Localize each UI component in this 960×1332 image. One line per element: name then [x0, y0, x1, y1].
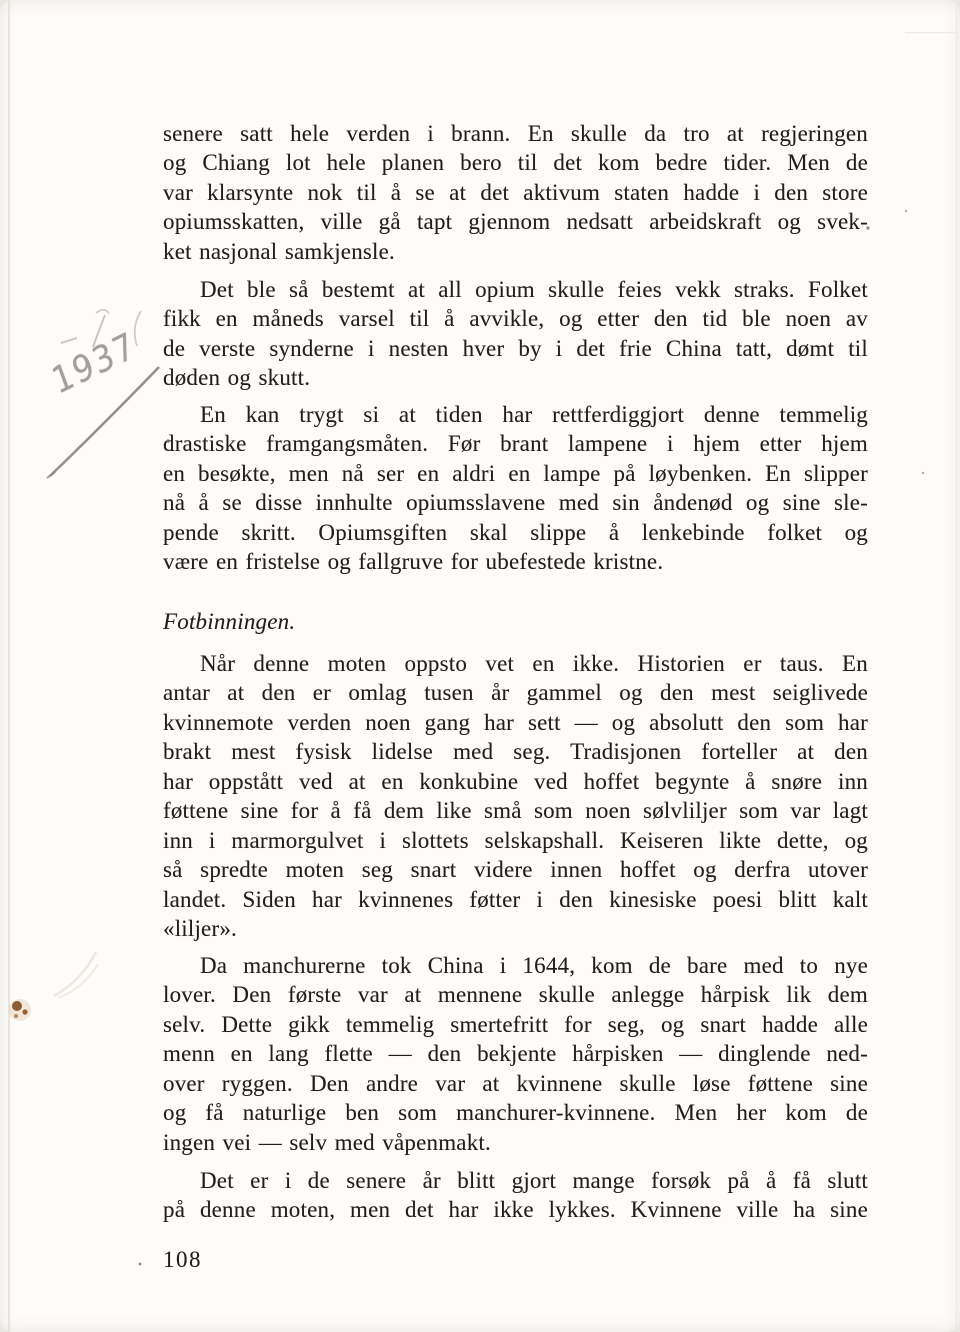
text-line: «liljer».	[163, 914, 868, 943]
page-number: 108	[163, 1247, 202, 1273]
text-block: senere satt hele verden i brann. En skul…	[163, 0, 868, 1332]
text-line: var klarsynte nok til å se at det aktivu…	[163, 178, 868, 207]
text-line: senere satt hele verden i brann. En skul…	[163, 119, 868, 148]
page-right-edge-line	[956, 0, 957, 1332]
text-line: lover. Den første var at mennene skulle …	[163, 980, 868, 1009]
section-heading-fotbinningen: Fotbinningen.	[163, 607, 868, 636]
text-line: En kan trygt si at tiden har rettferdigg…	[163, 400, 868, 429]
text-line: være en fristelse og fallgruve for ubefe…	[163, 547, 868, 576]
paragraph-manchurerne: Da manchurerne tok China i 1644, kom de …	[163, 951, 868, 1157]
page-left-edge-line	[8, 0, 10, 1332]
text-line: drastiske framgangsmåten. Før brant lamp…	[163, 429, 868, 458]
text-line: på denne moten, men det har ikke lykkes.…	[163, 1195, 868, 1224]
text-line: kvinnemote verden noen gang har sett — o…	[163, 708, 868, 737]
text-line: og få naturlige ben som manchurer-kvinne…	[163, 1098, 868, 1127]
text-line: Da manchurerne tok China i 1644, kom de …	[163, 951, 868, 980]
paragraph-opium-plan: senere satt hele verden i brann. En skul…	[163, 119, 868, 266]
text-line: brakt mest fysisk lidelse med seg. Tradi…	[163, 737, 868, 766]
text-line: så spredte moten seg snart videre innen …	[163, 855, 868, 884]
text-line: nå å se disse innhulte opiumsslavene med…	[163, 488, 868, 517]
text-line: landet. Siden har kvinnenes føtter i den…	[163, 885, 868, 914]
text-line: Det er i de senere år blitt gjort mange …	[163, 1166, 868, 1195]
text-line: antar at den er omlag tusen år gammel og…	[163, 678, 868, 707]
book-page: senere satt hele verden i brann. En skul…	[0, 0, 960, 1332]
text-line: og Chiang lot hele planen bero til det k…	[163, 148, 868, 177]
text-line: inn i marmorgulvet i slottets selskapsha…	[163, 826, 868, 855]
text-line: en besøkte, men nå ser en aldri en lampe…	[163, 459, 868, 488]
text-line: pende skritt. Opiumsgiften skal slippe å…	[163, 518, 868, 547]
text-line: Fotbinningen.	[163, 607, 868, 636]
text-line: fikk en måneds varsel til å avvikle, og …	[163, 304, 868, 333]
text-line: de verste synderne i nesten hver by i de…	[163, 334, 868, 363]
text-line: har oppstått ved at en konkubine ved hof…	[163, 767, 868, 796]
text-line: føttene sine for å få dem like små som n…	[163, 796, 868, 825]
text-line: døden og skutt.	[163, 363, 868, 392]
text-line: over ryggen. Den andre var at kvinnene s…	[163, 1069, 868, 1098]
paragraph-fotbinning-opprinnelse: Når denne moten oppsto vet en ikke. Hist…	[163, 649, 868, 943]
text-line: menn en lang flette — den bekjente hårpi…	[163, 1039, 868, 1068]
paragraph-opium-resultat: En kan trygt si at tiden har rettferdigg…	[163, 400, 868, 577]
text-line: Det ble så bestemt at all opium skulle f…	[163, 275, 868, 304]
text-line: Når denne moten oppsto vet en ikke. Hist…	[163, 649, 868, 678]
foxing-spot	[9, 952, 98, 1021]
text-line: opiumsskatten, ville gå tapt gjennom ned…	[163, 207, 868, 236]
paragraph-senere-forsok: Det er i de senere år blitt gjort mange …	[163, 1166, 868, 1225]
text-line: ket nasjonal samkjensle.	[163, 237, 868, 266]
handwritten-year-annotation: 1937	[47, 325, 142, 403]
paragraph-opium-forbud: Det ble så bestemt at all opium skulle f…	[163, 275, 868, 393]
text-line: ingen vei — selv med våpenmakt.	[163, 1128, 868, 1157]
text-line: selv. Dette gikk temmelig smertefritt fo…	[163, 1010, 868, 1039]
